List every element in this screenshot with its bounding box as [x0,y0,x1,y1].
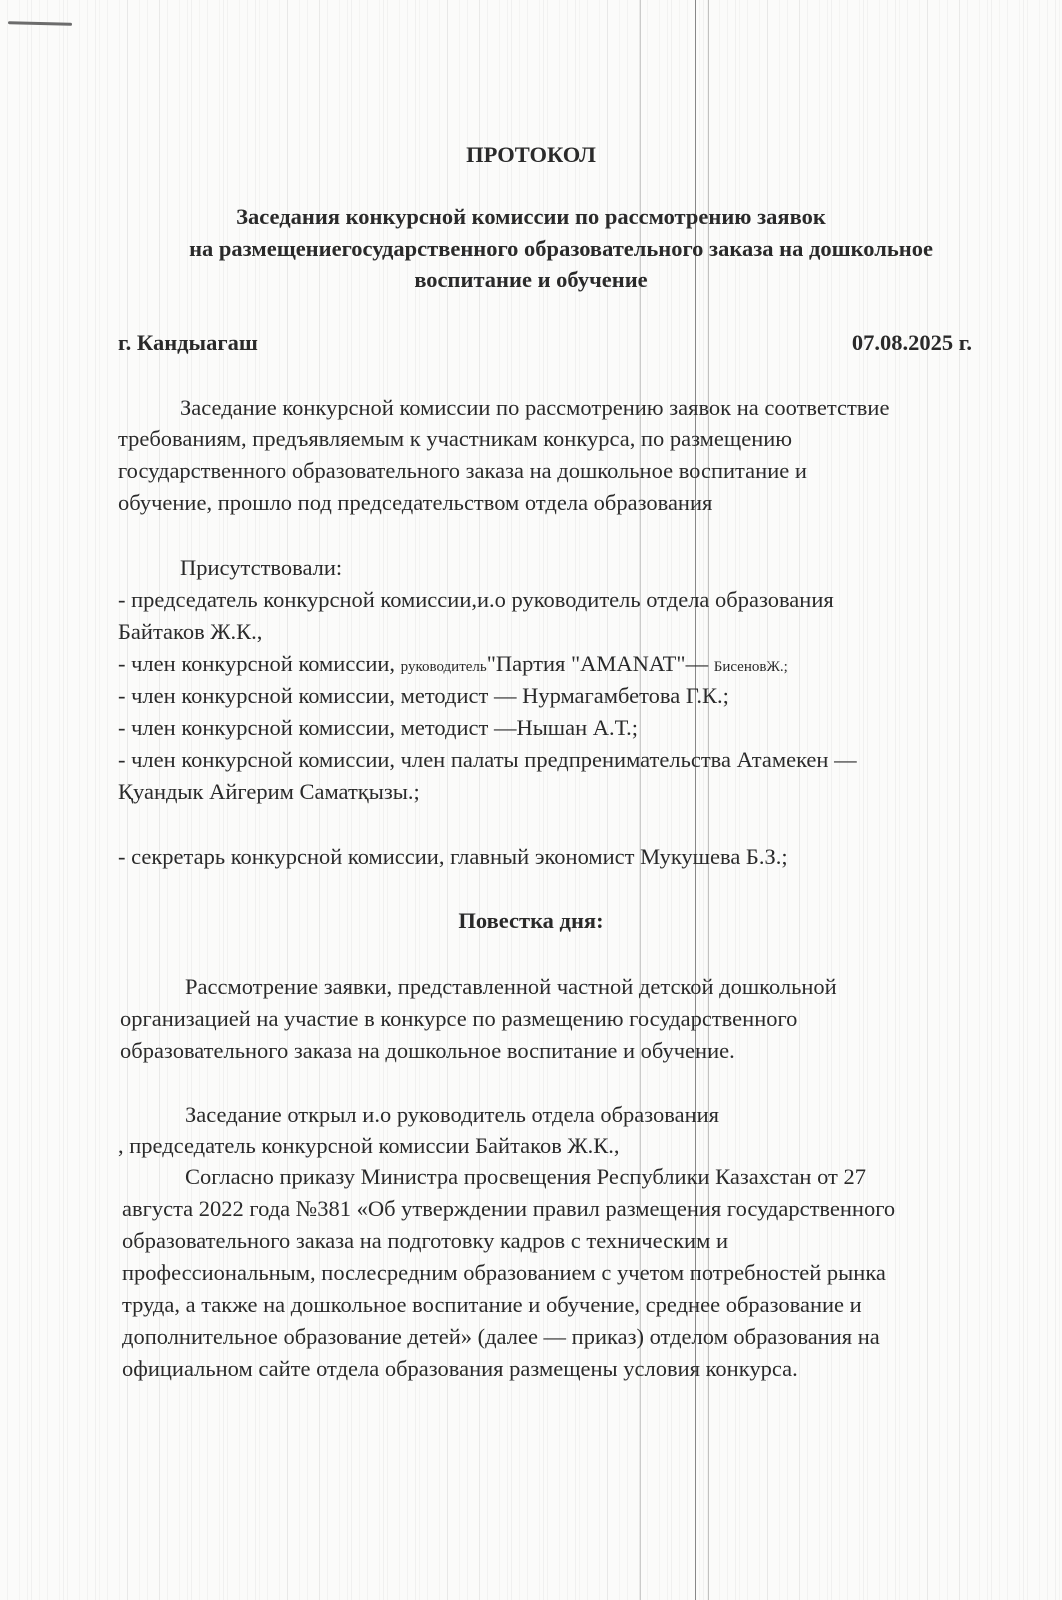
order-line: образовательного заказа на подготовку ка… [122,1227,728,1255]
subtitle-line: воспитание и обучение [0,266,1062,294]
member-position: руководитель [401,659,487,675]
subtitle-line: на размещениегосударственного образовате… [30,235,1062,263]
staple-mark [8,21,72,26]
attendee-member-1: - член конкурсной комиссии, руководитель… [118,650,788,681]
city: г. Кандыагаш [118,329,258,357]
order-line: дополнительное образование детей» (далее… [122,1323,880,1351]
attendee-chair: - председатель конкурсной комиссии,и.о р… [118,586,834,614]
attendee-member-4-name: Қуандык Айгерим Саматқызы.; [118,778,420,806]
order-line: официальном сайте отдела образования раз… [122,1355,798,1383]
date: 07.08.2025 г. [852,329,972,357]
subtitle-line: Заседания конкурсной комиссии по рассмот… [0,203,1062,231]
agenda-line: Рассмотрение заявки, представленной част… [185,973,837,1001]
intro-line: обучение, прошло под председательством о… [118,489,712,517]
attendee-member-3: - член конкурсной комиссии, методист —Ны… [118,714,638,742]
opening-line: Заседание открыл и.о руководитель отдела… [185,1101,719,1129]
attendee-chair-name: Байтаков Ж.К., [118,618,262,646]
order-line: труда, а также на дошкольное воспитание … [122,1291,862,1319]
agenda-line: образовательного заказа на дошкольное во… [120,1037,735,1065]
order-line: августа 2022 года №381 «Об утверждении п… [122,1195,895,1223]
intro-line: государственного образовательного заказа… [118,457,807,485]
opening-line: , председатель конкурсной комиссии Байта… [118,1132,620,1160]
agenda-line: организацией на участие в конкурсе по ра… [120,1005,797,1033]
agenda-heading: Повестка дня: [0,907,1062,935]
attendee-secretary: - секретарь конкурсной комиссии, главный… [118,843,788,871]
intro-line: требованиям, предъявляемым к участникам … [118,425,792,453]
intro-line: Заседание конкурсной комиссии по рассмот… [180,394,889,422]
document-title: ПРОТОКОЛ [0,141,1062,169]
member-name: БисеновЖ.; [714,659,788,675]
member-role: - член конкурсной комиссии, [118,651,401,676]
order-line: Согласно приказу Министра просвещения Ре… [185,1163,866,1191]
attendee-member-4: - член конкурсной комиссии, член палаты … [118,746,857,774]
attendees-heading: Присутствовали: [180,554,342,582]
attendee-member-2: - член конкурсной комиссии, методист — Н… [118,682,729,710]
member-organization: "Партия "AMANAT"— [487,651,714,676]
order-line: профессиональным, послесредним образован… [122,1259,886,1287]
